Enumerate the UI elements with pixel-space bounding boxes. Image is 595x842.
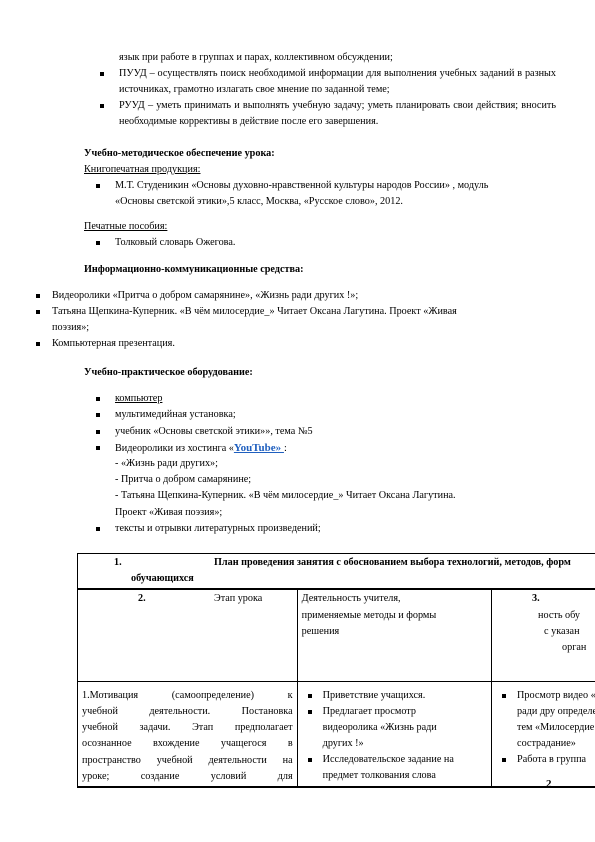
videos-prefix: Видеоролики из хостинга « <box>115 443 234 454</box>
header-student: 3. ность обу с указан орган <box>492 589 595 681</box>
list-item: Видеоролики «Притча о добром самарянине»… <box>24 288 504 304</box>
list-item: Толковый словарь Ожегова. <box>84 235 552 251</box>
equipment-list: компьютер мультимедийная установка; учеб… <box>84 391 552 537</box>
subheading: Книгопечатная продукция: <box>84 162 552 178</box>
section-heading: Учебно-методическое обеспечение урока: <box>84 146 552 162</box>
table-title-cell: 1.План проведения занятия с обоснованием… <box>78 554 595 590</box>
printed-list: Толковый словарь Ожегова. <box>84 235 552 251</box>
list-item: Татьяна Щепкина-Куперник. «В чём милосер… <box>24 304 494 336</box>
list-item: Приветствие учащихся. <box>302 688 487 704</box>
video-item: - «Жизнь ради других»; <box>115 456 552 472</box>
table-title-cont: обучающихся <box>114 571 595 587</box>
page-number: 2 <box>546 776 552 792</box>
list-item: Компьютерная презентация. <box>24 336 504 352</box>
section-heading: Учебно-практическое оборудование: <box>84 365 552 381</box>
header-teacher: Деятельность учителя, применяемые методы… <box>297 589 491 681</box>
list-item: РУУД – уметь принимать и выполнять учебн… <box>88 98 556 130</box>
printed-section: Печатные пособия: Толковый словарь Ожего… <box>84 219 552 251</box>
teacher-cell: Приветствие учащихся. Предлагает просмот… <box>297 681 491 787</box>
list-item: Работа в группа <box>496 752 595 768</box>
ict-list: Видеоролики «Притча о добром самарянине»… <box>24 288 504 352</box>
section-heading: Информационно-коммуникационные средства: <box>84 262 552 278</box>
methodical-section: Учебно-методическое обеспечение урока: К… <box>84 146 552 210</box>
table-header-row: 2.Этап урока Деятельность учителя, приме… <box>78 589 595 681</box>
subheading: Печатные пособия: <box>84 219 552 235</box>
list-item: мультимедийная установка; <box>84 407 552 423</box>
video-item: - Притча о добром самарянине; <box>115 472 552 488</box>
table-row: 1.Мотивация (самоопределение) к учебной … <box>78 681 595 787</box>
video-item: Проект «Живая поэзия»; <box>115 505 552 521</box>
list-item: Просмотр видео «Жизнь ради дру определен… <box>496 688 595 752</box>
header-stage: 2.Этап урока <box>78 589 298 681</box>
videos-suffix: : <box>284 443 287 454</box>
list-item: Исследовательское задание на предмет тол… <box>302 752 487 784</box>
list-item: М.Т. Студеникин «Основы духовно-нравстве… <box>84 178 514 210</box>
list-item: компьютер <box>84 391 552 407</box>
list-item-videos: Видеоролики из хостинга «YouTube» : <box>84 440 552 456</box>
col-num: 2. <box>138 591 214 607</box>
intro-continuation: язык при работе в группах и парах, колле… <box>88 50 556 66</box>
equipment-section: Учебно-практическое оборудование: компью… <box>84 365 552 537</box>
document-page: язык при работе в группах и парах, колле… <box>0 0 595 842</box>
lesson-plan-table: 1.План проведения занятия с обоснованием… <box>77 553 595 788</box>
ict-section: Информационно-коммуникационные средства:… <box>84 262 552 352</box>
video-sublist: - «Жизнь ради других»; - Притча о добром… <box>84 456 552 521</box>
uud-list: ПУУД – осуществлять поиск необходимой ин… <box>88 66 556 130</box>
table-title-row: 1.План проведения занятия с обоснованием… <box>78 554 595 590</box>
book-list: М.Т. Студеникин «Основы духовно-нравстве… <box>84 178 514 210</box>
list-item: тексты и отрывки литературных произведен… <box>84 521 552 537</box>
col-label: Этап урока <box>214 593 262 604</box>
youtube-link[interactable]: YouTube» <box>234 442 284 454</box>
student-cell: Просмотр видео «Жизнь ради дру определен… <box>492 681 595 787</box>
intro-section: язык при работе в группах и парах, колле… <box>88 50 556 130</box>
video-item: - Татьяна Щепкина-Куперник. «В чём милос… <box>115 488 552 504</box>
list-item: учебник «Основы светской этики»», тема №… <box>84 424 552 440</box>
table-title: 1.План проведения занятия с обоснованием… <box>114 555 595 571</box>
stage-cell: 1.Мотивация (самоопределение) к учебной … <box>78 681 298 787</box>
list-item: ПУУД – осуществлять поиск необходимой ин… <box>88 66 556 98</box>
list-item: Предлагает просмотр видеоролика «Жизнь р… <box>302 704 487 752</box>
